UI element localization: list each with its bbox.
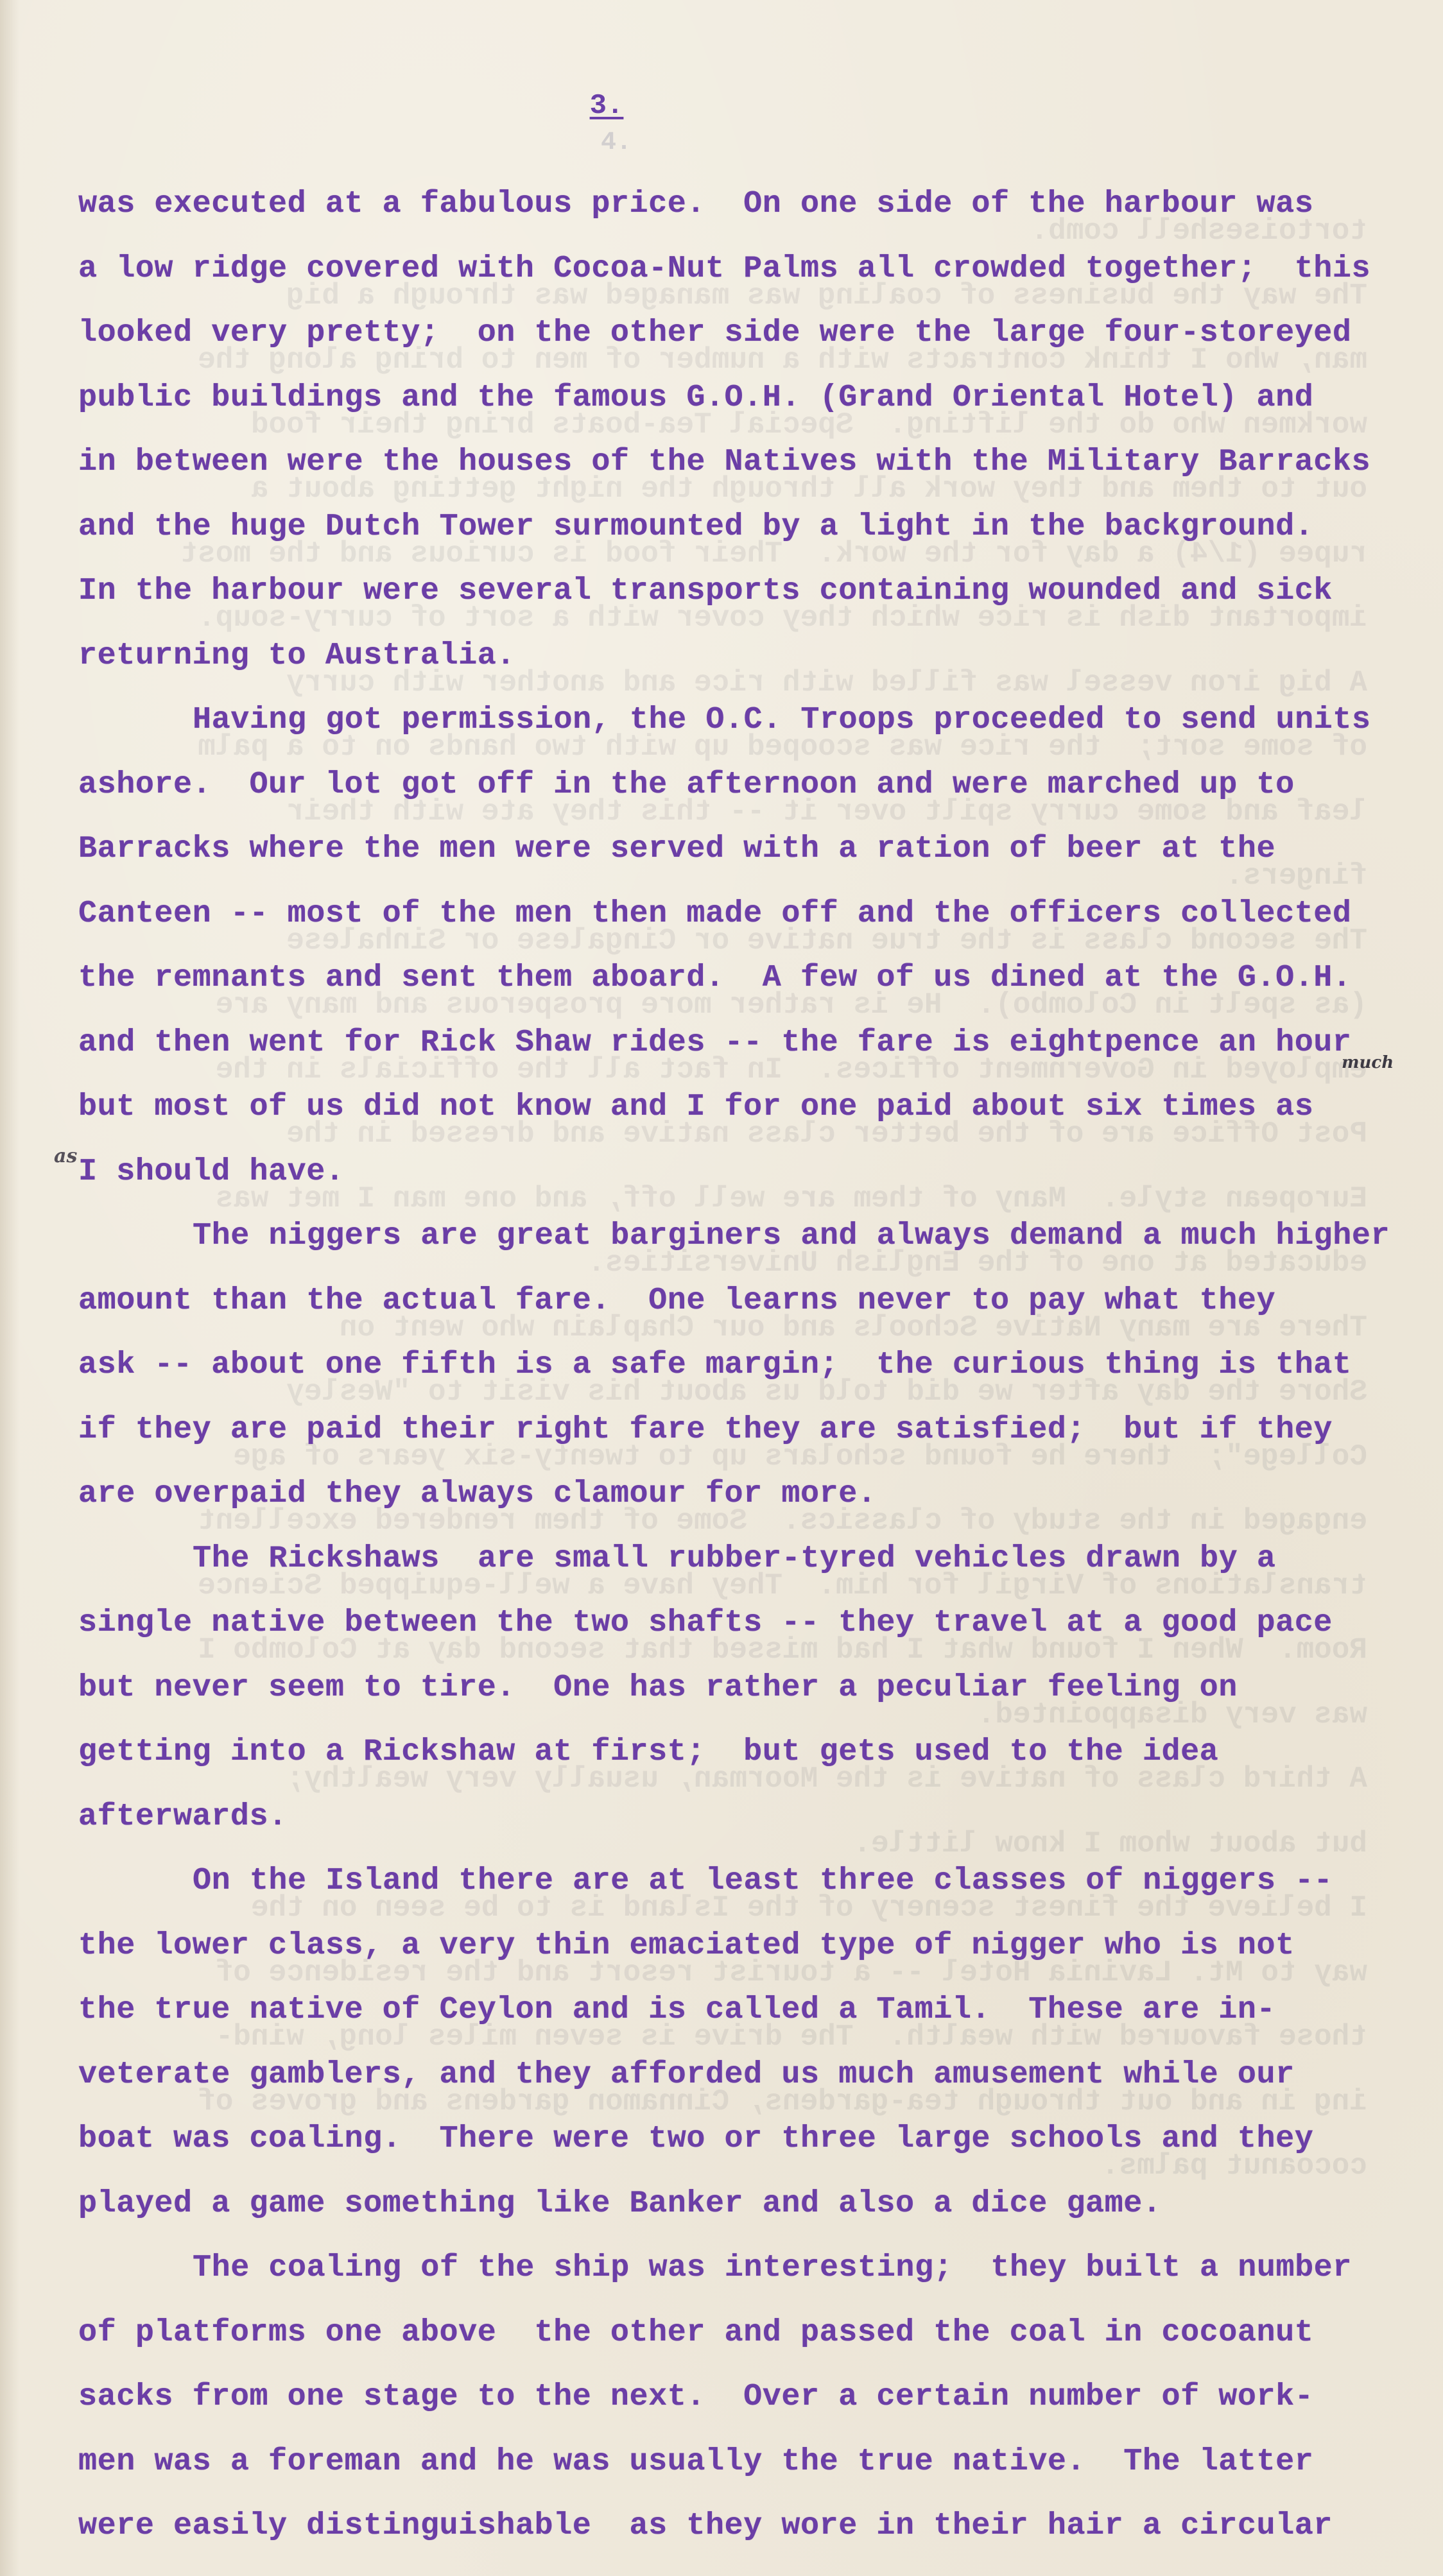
text-line: men was a foreman and he was usually the… <box>78 2443 1394 2507</box>
text-line: if they are paid their right fare they a… <box>78 1411 1394 1475</box>
text-line: and the huge Dutch Tower surmounted by a… <box>78 508 1394 572</box>
text-line: were easily distinguishable as they wore… <box>78 2507 1394 2572</box>
text-line: in between were the houses of the Native… <box>78 443 1394 508</box>
text-line: Canteen -- most of the men then made off… <box>78 895 1394 959</box>
text-line: The niggers are great barginers and alwa… <box>78 1217 1394 1282</box>
text-line: Having got permission, the O.C. Troops p… <box>78 701 1394 766</box>
text-line: veterate gamblers, and they afforded us … <box>78 2056 1394 2120</box>
handwritten-annotation-as: as <box>54 1145 77 1167</box>
text-line: a low ridge covered with Cocoa-Nut Palms… <box>78 250 1394 314</box>
paper-edge-shadow <box>0 0 19 2576</box>
page-number-label: 3. <box>590 90 624 122</box>
ghost-page-number: 4. <box>0 128 1232 157</box>
handwritten-annotation-much: much <box>1342 1053 1394 1072</box>
text-line: afterwards. <box>78 1798 1394 1862</box>
text-line: getting into a Rickshaw at first; but ge… <box>78 1733 1394 1798</box>
text-line: single native between the two shafts -- … <box>78 1604 1394 1669</box>
text-line: I should have. <box>78 1153 1394 1217</box>
text-line: played a game something like Banker and … <box>78 2185 1394 2249</box>
page-number: 3. <box>0 90 1213 122</box>
text-line: boat was coaling. There were two or thre… <box>78 2120 1394 2185</box>
text-line: looked very pretty; on the other side we… <box>78 314 1394 379</box>
text-line: ashore. Our lot got off in the afternoon… <box>78 766 1394 830</box>
text-line: was executed at a fabulous price. On one… <box>78 185 1394 250</box>
text-line: On the Island there are at least three c… <box>78 1862 1394 1927</box>
text-line: sacks from one stage to the next. Over a… <box>78 2378 1394 2443</box>
text-line: but most of us did not know and I for on… <box>78 1088 1394 1153</box>
text-line: the true native of Ceylon and is called … <box>78 1991 1394 2056</box>
text-line: Barracks where the men were served with … <box>78 830 1394 895</box>
text-line: the remnants and sent them aboard. A few… <box>78 959 1394 1024</box>
text-line: public buildings and the famous G.O.H. (… <box>78 379 1394 443</box>
text-line: The coaling of the ship was interesting;… <box>78 2249 1394 2314</box>
text-line: of platforms one above the other and pas… <box>78 2314 1394 2378</box>
text-line: and then went for Rick Shaw rides -- the… <box>78 1024 1394 1088</box>
text-line: but never seem to tire. One has rather a… <box>78 1669 1394 1733</box>
typed-body-text: was executed at a fabulous price. On one… <box>78 185 1394 2572</box>
text-line: ask -- about one fifth is a safe margin;… <box>78 1346 1394 1411</box>
text-line: In the harbour were several transports c… <box>78 572 1394 637</box>
text-line: are overpaid they always clamour for mor… <box>78 1475 1394 1540</box>
text-line: The Rickshaws are small rubber-tyred veh… <box>78 1540 1394 1604</box>
text-line: returning to Australia. <box>78 637 1394 701</box>
text-line: the lower class, a very thin emaciated t… <box>78 1927 1394 1991</box>
text-line: amount than the actual fare. One learns … <box>78 1282 1394 1346</box>
